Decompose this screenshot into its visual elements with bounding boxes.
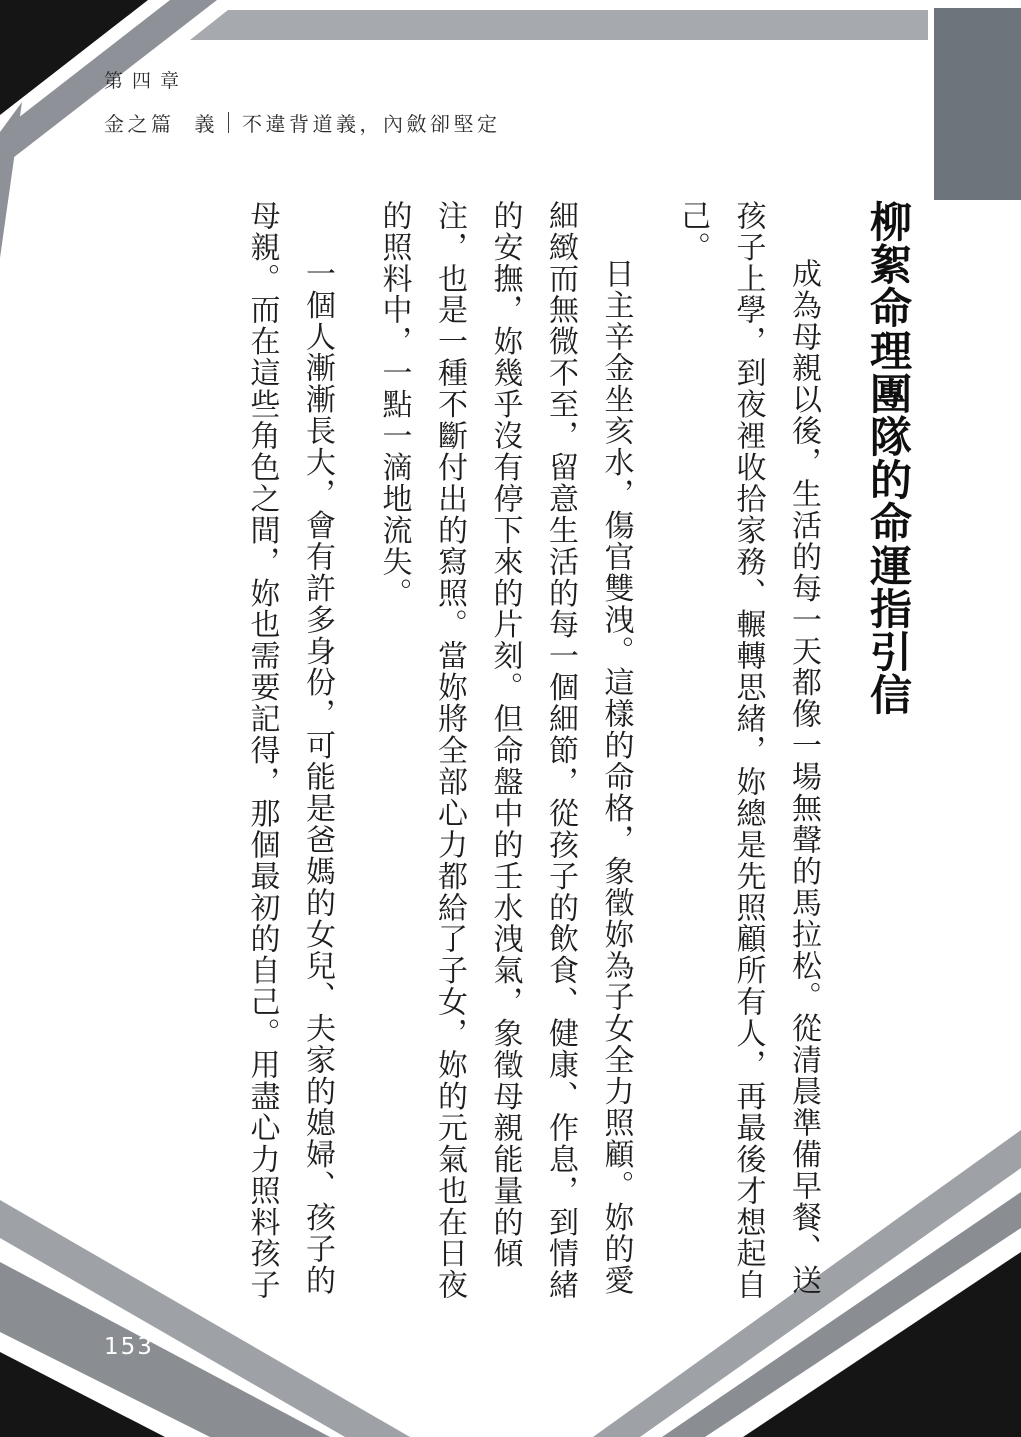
top-left-gray-wedge-lower [0,102,22,258]
top-right-block [934,8,1021,200]
letter-title: 柳絮命理團隊的命運指引信 [857,200,920,1302]
bottom-left-black-corner [0,1352,165,1437]
letter-body: 柳絮命理團隊的命運指引信 成為母親以後，生活的每一天都像一場無聲的馬拉松。從清晨… [130,200,920,1302]
letter-paragraph-1: 成為母親以後，生活的每一天都像一場無聲的馬拉松。從清晨準備早餐、送孩子上學，到夜… [665,200,832,1302]
page-number: 153 [104,1334,154,1360]
letter-paragraph-2: 日主辛金坐亥水，傷官雙洩。這樣的命格，象徵妳為子女全力照顧。妳的愛細緻而無微不至… [366,200,644,1302]
section-line: 金之篇 義 不違背道義，內斂卻堅定 [104,108,501,137]
chapter-label: 第四章 [104,66,501,93]
top-band [190,10,928,40]
section-divider-line [228,112,229,133]
chapter-header: 第四章 金之篇 義 不違背道義，內斂卻堅定 [104,66,501,137]
section-book: 金之篇 [104,108,175,137]
section-subtitle: 不違背道義，內斂卻堅定 [242,108,501,137]
section-virtue: 義 [195,108,219,137]
letter-paragraph-3: 一個人漸漸長大，會有許多身份，可能是爸媽的女兒、夫家的媳婦、孩子的母親。而在這些… [234,200,345,1302]
